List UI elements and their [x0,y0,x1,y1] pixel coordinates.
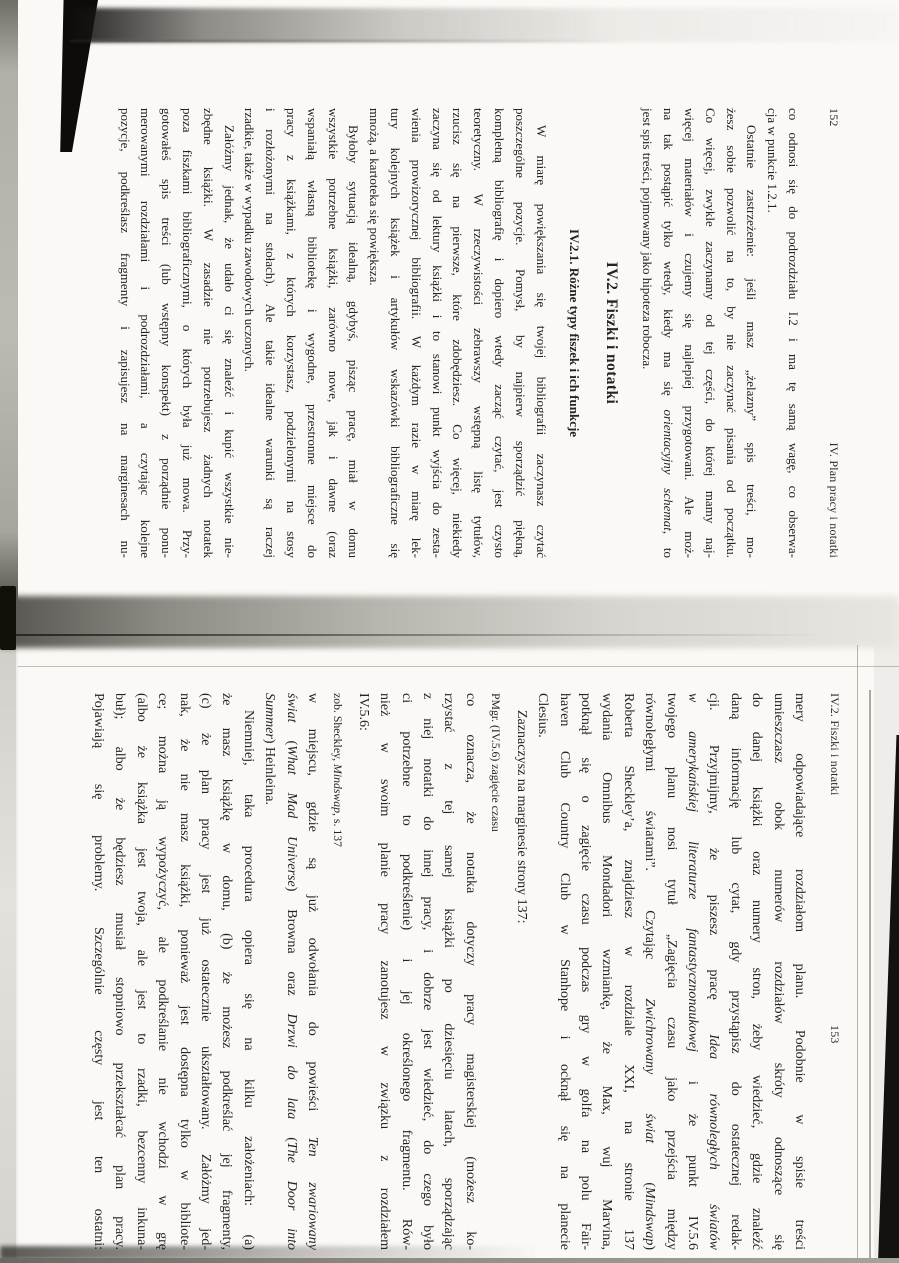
scan-artifact-blob [0,586,16,650]
text-line: twojego planu nosi tytuł „Zagięcia czasu… [660,693,681,1250]
text-line: równoległymi światami”. Czytając Zwichro… [639,693,660,1250]
text-line: na tak postąpić tylko wtedy, kiedy ma si… [657,108,678,558]
page-number: 152 [826,108,841,127]
example-note-line: zob. Sheckley, Mindswap, s. 137 [327,693,348,1250]
text-line: buł); albo że będziesz musiał stopniowo … [109,693,130,1250]
text-line: potknął się o zagięcie czasu podczas gry… [575,693,596,1250]
text-line: co oznacza, że notatka dotyczy pracy mag… [460,693,481,1250]
running-head: 152 IV. Plan pracy i notatki [826,108,841,558]
text-line: Zaznaczysz na marginesie strony 137: [510,693,531,1250]
text-line: poszczególne pozycje. Pomysł, by najpier… [509,108,530,558]
page-153: IV.2. Fiszki i notatki 153 mery odpowiad… [18,615,872,1263]
scanner-edge-strip [0,648,16,1263]
text-line: mnożą, a kartoteka się powiększa. [363,108,384,558]
text-line: w miejscu, gdzie są już odwołania do pow… [302,693,323,1250]
text-line: wszystkie potrzebne książki, zarówno now… [322,108,343,558]
text-line: Pojawiają się problemy. Szczególnie częs… [88,693,109,1250]
text-line: do danej książki oraz numery stron, żeby… [746,693,767,1250]
page-number: 153 [827,1025,842,1044]
text-line: wienia prowizorycznej bibliografii. W ka… [405,108,426,558]
text-line: Roberta Sheckley’a, znajdziesz w rozdzia… [617,693,638,1250]
text-line: świat (What Mad Universe) Browna oraz Dr… [280,693,301,1250]
text-line: zbędne książki. W zasadzie nie potrzebuj… [197,108,218,558]
example-note-line: PMgr. (IV.5.6) zagięcie czasu [485,693,506,1250]
text-line: poza fiszkami bibliograficznymi, o który… [176,108,197,558]
text-line: mery odpowiadające rozdziałom planu. Pod… [789,693,810,1250]
running-title: IV.2. Fiszki i notatki [827,693,842,796]
text-line: żesz sobie pozwolić na to, by nie zaczyn… [720,108,741,558]
text-line: IV.5.6: [352,693,373,1250]
text-line: jest spis treści, pojmowany jako hipotez… [637,108,658,558]
text-line: umieszczasz obok numerów rozdziałów skró… [767,693,788,1250]
text-line: daną informację lub cytat, gdy przystąpi… [724,693,745,1250]
text-line: rzadkie, także w wypadku zawodowych uczo… [239,108,260,558]
subsection-heading: IV.2.1. Różne typy fiszek i ich funkcje [565,108,583,558]
text-line: więcej materiałów i czujemy się najlepie… [678,108,699,558]
text-line: merowanymi rozdziałami i podrozdziałami,… [135,108,156,558]
scan-edge-shadow [878,735,899,1263]
page-body: mery odpowiadające rozdziałom planu. Pod… [88,693,810,1250]
page-body: co odnosi się do podrozdziału I.2 i ma t… [114,108,803,558]
text-line: W miarę powiększania się twojej bibliogr… [530,108,551,558]
text-line: i rozłożonymi na stołach). Ale takie ide… [259,108,280,558]
text-line: rzystać z tej samej książki po dziesięci… [438,693,459,1250]
text-line: nak, że nie masz książki, ponieważ jest … [173,693,194,1250]
text-line: Clesius. [532,693,553,1250]
text-line: z niej notatki do innej pracy, i dobrze … [417,693,438,1250]
running-head: IV.2. Fiszki i notatki 153 [827,693,842,1250]
text-line: Co więcej, zwykle zaczynamy od tej częśc… [699,108,720,558]
text-line: Ostatnie zastrzeżenie: jeśli masz „żelaz… [741,108,762,558]
text-line: wydania Omnibus Mondadori wzmiankę, że M… [596,693,617,1250]
scanner-edge-strip [0,0,18,604]
section-heading: IV.2. Fiszki i notatki [601,108,621,558]
text-line: Załóżmy jednak, że udało ci się znaleźć … [218,108,239,558]
text-line: co odnosi się do podrozdziału I.2 i ma t… [782,108,803,558]
text-line: rzucisz się na pierwsze, które zdobędzie… [447,108,468,558]
text-line: pozycje, podkreślasz fragmenty i zapisuj… [114,108,135,558]
page-152: 152 IV. Plan pracy i notatki co odnosi s… [18,0,899,600]
text-line: Summer) Heinleina. [259,693,280,1250]
text-line: tury kolejnych książek i artykułów wskaz… [384,108,405,558]
text-line: cji. Przyjmijmy, że piszesz pracę Idea r… [703,693,724,1250]
text-line: (albo że książka jest twoja, ale jest to… [130,693,151,1250]
running-title: IV. Plan pracy i notatki [826,442,841,558]
text-line: ci potrzebne to podkreślenie) i jej okre… [395,693,416,1250]
text-line: Byłoby sytuacją idealną, gdybyś, pisząc … [343,108,364,558]
text-line: wspaniałą własną bibliotekę i wygodne, p… [301,108,322,558]
text-line: haven Club Country Club w Stanhope i ock… [553,693,574,1250]
text-line: gotowałeś spis treści (lub wstępny konsp… [155,108,176,558]
text-line: pracy z książkami, z których korzystasz,… [280,108,301,558]
text-line: cja w punkcie 1.2.1. [761,108,782,558]
text-line: Niemniej, taka procedura opiera się na k… [237,693,258,1250]
text-line: zaczyna się od lektury książki i to stan… [426,108,447,558]
text-line: nież w swoim planie pracy zanotujesz w z… [374,693,395,1250]
text-line: kompletną bibliografię i dopiero wtedy z… [488,108,509,558]
text-line: teoretyczny. W rzeczywistości zebrawszy … [467,108,488,558]
text-line: w amerykańskiej literaturze fantastyczno… [682,693,703,1250]
text-line: ce; można ją wypożyczyć, ale podkreślani… [152,693,173,1250]
text-line: (c) że plan pracy jest już ostatecznie u… [195,693,216,1250]
scanned-book-spread: 152 IV. Plan pracy i notatki co odnosi s… [0,0,899,1263]
text-line: że masz książkę w domu, (b) że możesz po… [216,693,237,1250]
